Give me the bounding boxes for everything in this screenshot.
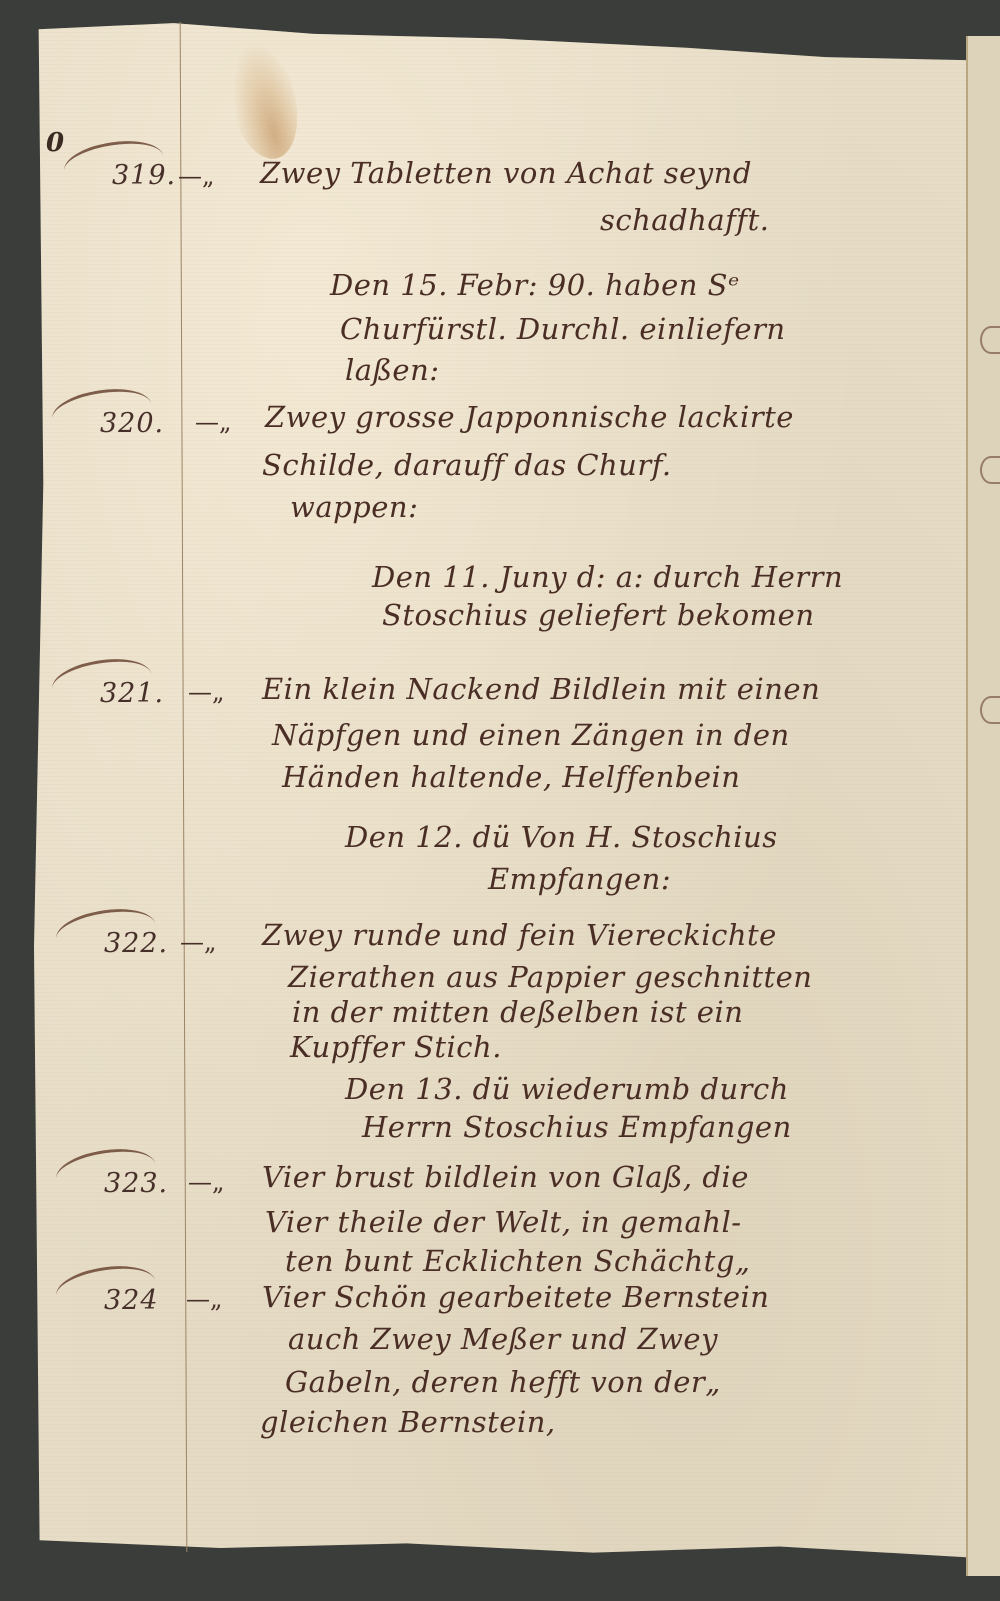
bleed-through-mark [980, 696, 1000, 724]
entry-dash: —„ [186, 1285, 222, 1313]
receipt-note-line: Den 13. dü wiederumb durch [345, 1072, 789, 1106]
entry-dash: —„ [188, 678, 224, 706]
entry-line: schadhafft. [600, 203, 769, 237]
entry-number: 319. [112, 160, 176, 191]
receipt-note-line: Herrn Stoschius Empfangen [362, 1110, 792, 1144]
entry-dash: —„ [178, 162, 214, 190]
receipt-note-line: Den 11. Juny d: a: durch Herrn [372, 560, 843, 594]
entry-line: auch Zwey Meßer und Zwey [288, 1322, 718, 1356]
entry-line: Vier Schön gearbeitete Bernstein [262, 1280, 770, 1314]
entry-line: Vier brust bildlein von Glaß, die [262, 1160, 749, 1194]
entry-line: Ein klein Nackend Bildlein mit einen [262, 672, 820, 706]
entry-line: wappen: [290, 490, 418, 524]
entry-number: 324 [104, 1285, 159, 1316]
entry-dash: —„ [188, 1168, 224, 1196]
entry-line: Händen haltende, Helffenbein [282, 760, 741, 794]
entry-line: Gabeln, deren hefft von der„ [285, 1365, 721, 1399]
entry-line: Vier theile der Welt, in gemahl- [265, 1205, 742, 1239]
entry-number: 323. [104, 1168, 168, 1199]
entry-number: 320. [100, 408, 164, 439]
entry-line: Zwey Tabletten von Achat seynd [260, 156, 752, 190]
receipt-note-line: Den 12. dü Von H. Stoschius [345, 820, 778, 854]
bleed-through-mark [980, 326, 1000, 354]
entry-line: gleichen Bernstein, [260, 1405, 556, 1439]
entry-line: Zierathen aus Pappier geschnitten [288, 960, 812, 994]
receipt-note-line: Den 15. Febr: 90. haben Sᵉ [330, 268, 740, 302]
receipt-note-line: Empfangen: [488, 862, 671, 896]
entry-line: Kupffer Stich. [290, 1030, 502, 1064]
entry-line: ten bunt Ecklichten Schächtg„ [285, 1244, 750, 1278]
entry-line: Näpfgen und einen Zängen in den [272, 718, 790, 752]
bleed-through-mark [980, 456, 1000, 484]
receipt-note-line: Churfürstl. Durchl. einliefern [340, 312, 786, 346]
entry-number: 321. [100, 678, 164, 709]
receipt-note-line: Stoschius geliefert bekomen [382, 598, 815, 632]
margin-mark: 0 [46, 128, 64, 158]
receipt-note-line: laßen: [345, 353, 440, 387]
entry-dash: —„ [195, 408, 231, 436]
entry-line: Zwey runde und fein Viereckichte [262, 918, 777, 952]
manuscript-scan: 0 319. —„ Zwey Tabletten von Achat seynd… [0, 0, 1000, 1601]
adjacent-page-edge [966, 36, 1000, 1576]
entry-number: 322. [104, 928, 168, 959]
entry-line: Zwey grosse Japponnische lackirte [265, 400, 794, 434]
entry-dash: —„ [180, 928, 216, 956]
entry-line: Schilde, darauff das Churf. [262, 448, 672, 482]
entry-line: in der mitten deßelben ist ein [292, 995, 743, 1029]
